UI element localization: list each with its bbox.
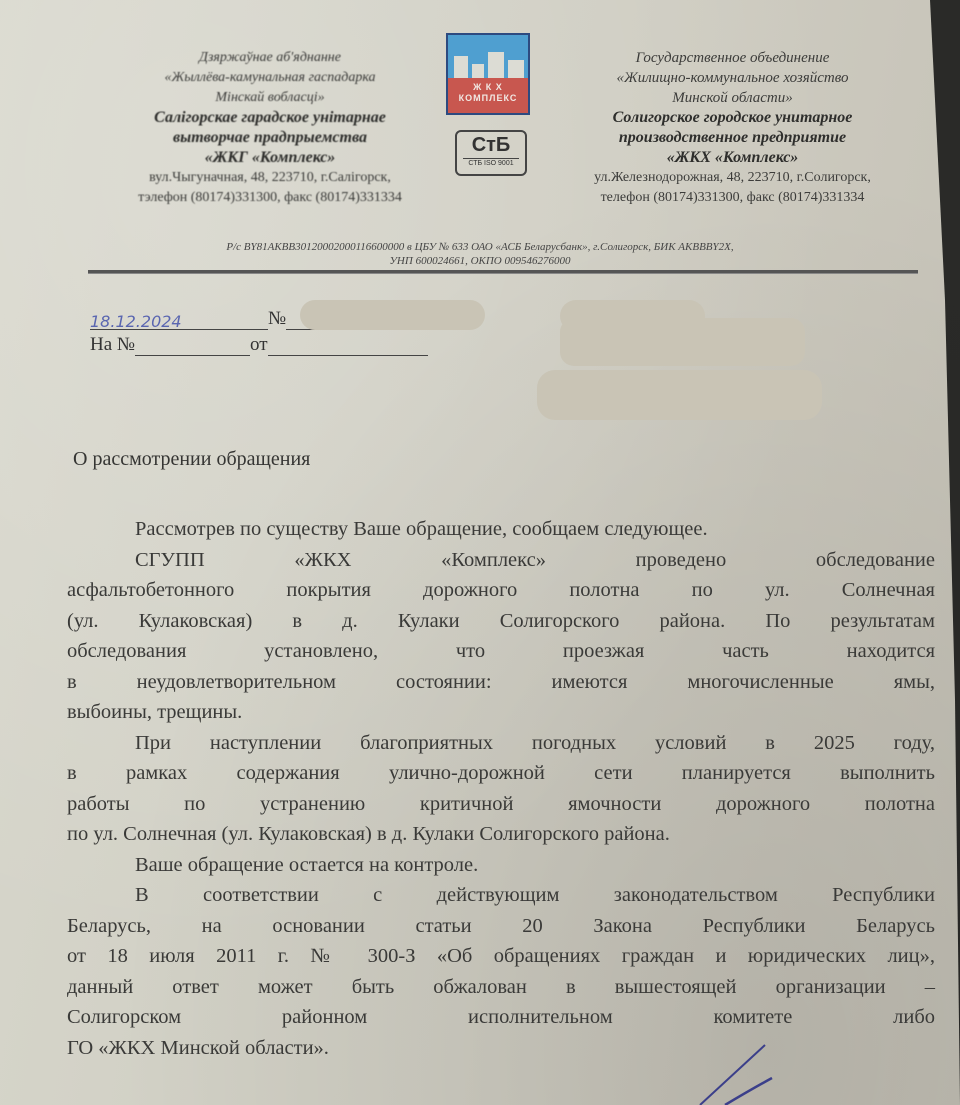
redaction bbox=[300, 300, 485, 330]
logo-building bbox=[454, 56, 468, 78]
number-label: № bbox=[268, 308, 286, 329]
body-line: При наступлении благоприятных погодных у… bbox=[67, 728, 935, 759]
zhkh-kompleks-logo: Ж К Х КОМПЛЕКС bbox=[446, 33, 530, 115]
letter-body: Рассмотрев по существу Ваше обращение, с… bbox=[67, 514, 935, 1063]
body-line: Рассмотрев по существу Ваше обращение, с… bbox=[67, 514, 935, 545]
reply-to-field bbox=[135, 337, 250, 356]
iso-cert-badge: СтБ СТБ ISO 9001 bbox=[455, 130, 527, 176]
body-line: В соответствии с действующим законодател… bbox=[67, 880, 935, 911]
logo-building bbox=[488, 52, 504, 78]
logo-building bbox=[472, 64, 484, 78]
company-line: Солигорское городское унитарное bbox=[560, 108, 905, 128]
logo-building bbox=[508, 60, 524, 78]
bank-line: УНП 600024661, ОКПО 009546276000 bbox=[130, 254, 830, 268]
date-field: 18.12.2024 bbox=[90, 311, 268, 330]
org-line: Мінскай вобласці» bbox=[90, 88, 450, 108]
body-line: данный ответ может быть обжалован в выше… bbox=[67, 972, 935, 1003]
org-line: Дзяржаўнае аб'яднанне bbox=[90, 48, 450, 68]
body-line: обследования установлено, что проезжая ч… bbox=[67, 636, 935, 667]
body-line: СГУПП «ЖКХ «Комплекс» проведено обследов… bbox=[67, 545, 935, 576]
bank-line: Р/с BY81AKBB30120002000116600000 в ЦБУ №… bbox=[130, 240, 830, 254]
body-line: в неудовлетворительном состоянии: имеютс… bbox=[67, 667, 935, 698]
body-line: (ул. Кулаковская) в д. Кулаки Солигорско… bbox=[67, 606, 935, 637]
company-line: Салігорскае гарадское унітарнае bbox=[90, 108, 450, 128]
letter-subject: О рассмотрении обращения bbox=[73, 448, 310, 471]
body-line: выбоины, трещины. bbox=[67, 697, 935, 728]
org-line: Минской области» bbox=[560, 88, 905, 108]
logo-band: Ж К Х КОМПЛЕКС bbox=[448, 78, 528, 113]
reply-to-label: На № bbox=[90, 334, 135, 355]
phone: тэлефон (80174)331300, факс (80174)33133… bbox=[90, 188, 450, 208]
cert-label: СТБ ISO 9001 bbox=[463, 158, 519, 169]
bank-details: Р/с BY81AKBB30120002000116600000 в ЦБУ №… bbox=[130, 240, 830, 268]
body-line: асфальтобетонного покрытия дорожного пол… bbox=[67, 575, 935, 606]
org-line: Государственное объединение bbox=[560, 48, 905, 68]
org-line: «Жыллёва-камунальная гаспадарка bbox=[90, 68, 450, 88]
redaction bbox=[537, 370, 822, 420]
org-line: «Жилищно-коммунальное хозяйство bbox=[560, 68, 905, 88]
letterhead-russian: Государственное объединение «Жилищно-ком… bbox=[560, 48, 905, 208]
company-line: вытворчае прадпрыемства bbox=[90, 128, 450, 148]
body-line: по ул. Солнечная (ул. Кулаковская) в д. … bbox=[67, 819, 935, 850]
handwritten-date: 18.12.2024 bbox=[90, 312, 182, 331]
body-line: от 18 июля 2011 г. № 300-З «Об обращения… bbox=[67, 941, 935, 972]
phone: телефон (80174)331300, факс (80174)33133… bbox=[560, 188, 905, 208]
address: ул.Железнодорожная, 48, 223710, г.Солиго… bbox=[560, 168, 905, 188]
signature-icon bbox=[690, 1020, 830, 1105]
address: вул.Чыгуначная, 48, 223710, г.Салігорск, bbox=[90, 168, 450, 188]
redaction bbox=[560, 318, 805, 366]
letterhead-belarusian: Дзяржаўнае аб'яднанне «Жыллёва-камунальн… bbox=[90, 48, 450, 208]
body-line: работы по устранению критичной ямочности… bbox=[67, 789, 935, 820]
from-label: от bbox=[250, 334, 268, 355]
header-rule bbox=[88, 270, 918, 274]
body-line: Беларусь, на основании статьи 20 Закона … bbox=[67, 911, 935, 942]
from-field bbox=[268, 337, 428, 356]
company-line: «ЖКГ «Комплекс» bbox=[90, 148, 450, 168]
logo-text: КОМПЛЕКС bbox=[448, 93, 528, 104]
stb-mark-icon: СтБ bbox=[457, 132, 525, 158]
company-line: «ЖКХ «Комплекс» bbox=[560, 148, 905, 168]
company-line: производственное предприятие bbox=[560, 128, 905, 148]
body-line: в рамках содержания улично-дорожной сети… bbox=[67, 758, 935, 789]
body-line: Ваше обращение остается на контроле. bbox=[67, 850, 935, 881]
logo-text: Ж К Х bbox=[448, 82, 528, 93]
